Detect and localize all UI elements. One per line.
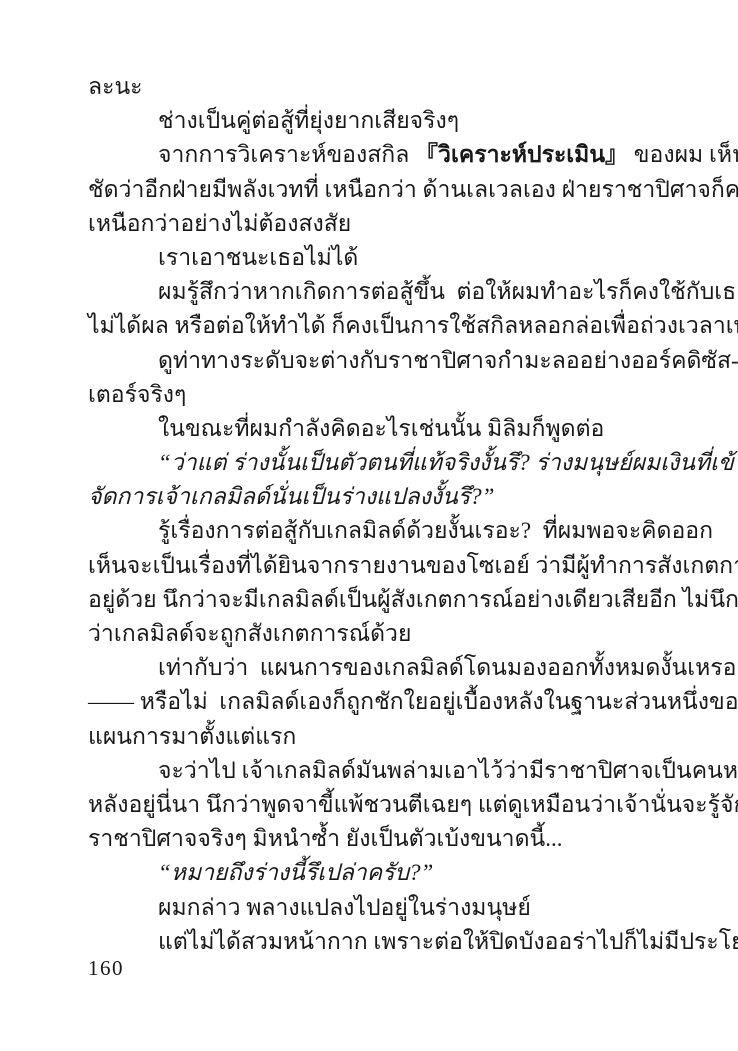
text-line: ในขณะที่ผมกำลังคิดอะไรเช่นนั้น มิลิมก็พู…	[88, 412, 658, 446]
text-line: ผมรู้สึกว่าหากเกิดการต่อสู้ขึ้น ต่อให้ผม…	[88, 275, 658, 309]
text-line: หลังอยู่นี่นา นึกว่าพูดจาขี้แพ้ชวนตีเฉยๆ…	[88, 788, 658, 822]
text-line: อยู่ด้วย นึกว่าจะมีเกลมิลด์เป็นผู้สังเกต…	[88, 583, 658, 617]
text-line: จะว่าไป เจ้าเกลมิลด์มันพล่ามเอาไว้ว่ามีร…	[88, 754, 658, 788]
text-line: ช่างเป็นคู่ต่อสู้ที่ยุ่งยากเสียจริงๆ	[88, 104, 658, 138]
book-page: ละนะช่างเป็นคู่ต่อสู้ที่ยุ่งยากเสียจริงๆ…	[0, 0, 738, 1051]
text-line: เตอร์จริงๆ	[88, 378, 658, 412]
page-text: ละนะช่างเป็นคู่ต่อสู้ที่ยุ่งยากเสียจริงๆ…	[88, 70, 658, 959]
page-number: 160	[88, 956, 124, 981]
text-line: ละนะ	[88, 70, 658, 104]
text-line: เห็นจะเป็นเรื่องที่ได้ยินจากรายงานของโซเ…	[88, 549, 658, 583]
text-line: ดูท่าทางระดับจะต่างกับราชาปิศาจกำมะลออย่…	[88, 344, 658, 378]
text-line: ราชาปิศาจจริงๆ มิหนำซ้ำ ยังเป็นตัวเบ้งขน…	[88, 822, 658, 856]
text-line: รู้เรื่องการต่อสู้กับเกลมิลด์ด้วยงั้นเรอ…	[88, 514, 658, 548]
text-line: ผมกล่าว พลางแปลงไปอยู่ในร่างมนุษย์	[88, 891, 658, 925]
text-line: —— หรือไม่ เกลมิลด์เองก็ถูกชักใยอยู่เบื้…	[88, 685, 658, 719]
text-line: ว่าเกลมิลด์จะถูกสังเกตการณ์ด้วย	[88, 617, 658, 651]
text-line: แต่ไม่ได้สวมหน้ากาก เพราะต่อให้ปิดบังออร…	[88, 925, 658, 959]
skill-name: 『วิเคราะห์ประเมิน』	[415, 142, 628, 167]
text-line: ไม่ได้ผล หรือต่อให้ทำได้ ก็คงเป็นการใช้ส…	[88, 309, 658, 343]
text-line: ชัดว่าอีกฝ่ายมีพลังเวทที่ เหนือกว่า ด้าน…	[88, 173, 658, 207]
text-segment: ของผม เห็นได้	[628, 142, 738, 167]
text-line: แผนการมาตั้งแต่แรก	[88, 720, 658, 754]
dialogue-line: จัดการเจ้าเกลมิลด์นั่นเป็นร่างแปลงงั้นรึ…	[88, 480, 658, 514]
dialogue-line: “ว่าแต่ ร่างนั้นเป็นตัวตนที่แท้จริงงั้นร…	[88, 446, 658, 480]
text-line: เท่ากับว่า แผนการของเกลมิลด์โดนมองออกทั้…	[88, 651, 658, 685]
text-line: จากการวิเคราะห์ของสกิล 『วิเคราะห์ประเมิน…	[88, 138, 658, 172]
dialogue-line: “หมายถึงร่างนี้รึเปล่าครับ?”	[88, 856, 658, 890]
text-line: เหนือกว่าอย่างไม่ต้องสงสัย	[88, 207, 658, 241]
text-line: เราเอาชนะเธอไม่ได้	[88, 241, 658, 275]
text-segment: จากการวิเคราะห์ของสกิล	[158, 142, 415, 167]
